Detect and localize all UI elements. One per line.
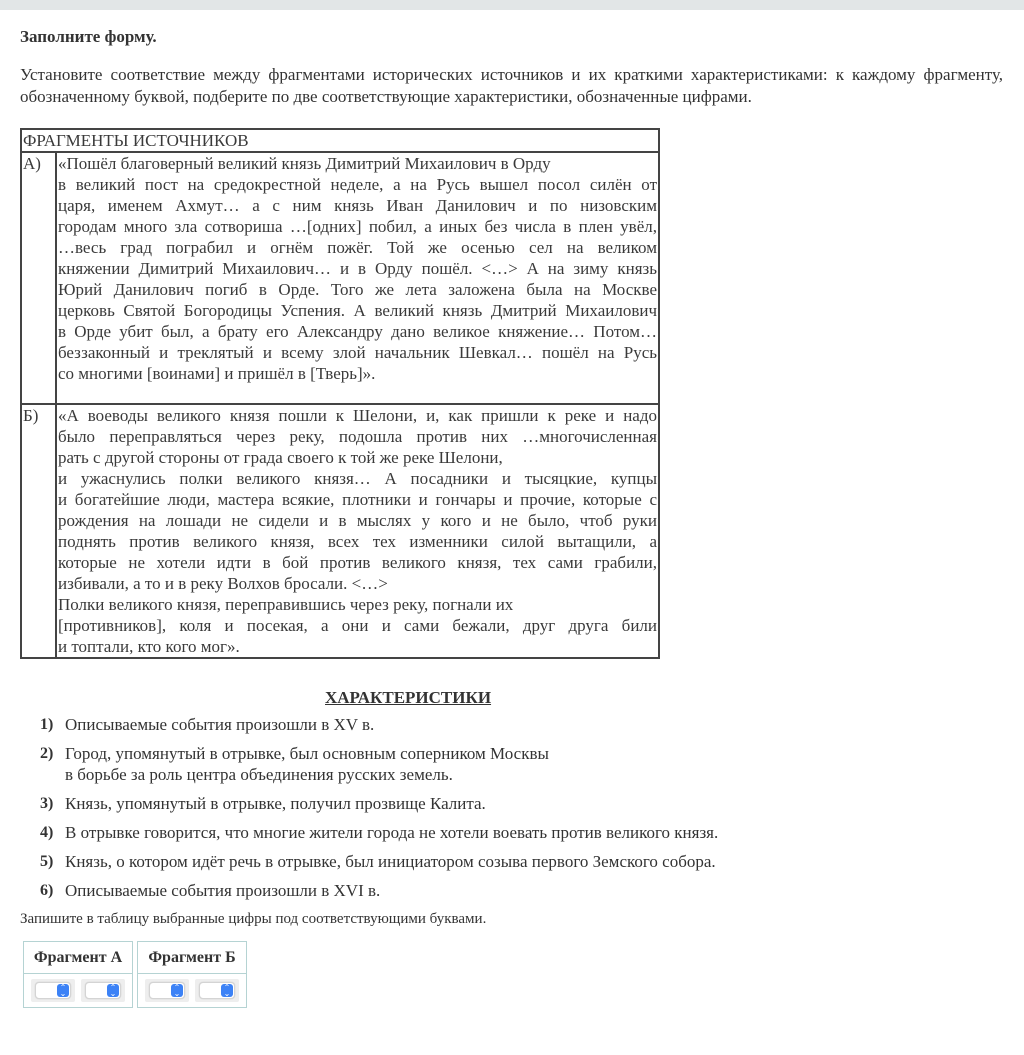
item-text: Описываемые события произошли в XVI в.: [65, 880, 380, 901]
fragment-line: городам много зла сотвориша …[одних] поб…: [58, 216, 657, 237]
fragment-line: «А воеводы великого князя пошли к Шелони…: [58, 405, 657, 426]
fragment-text-b: «А воеводы великого князя пошли к Шелони…: [56, 404, 659, 658]
item-text: Город, упомянутый в отрывке, был основны…: [65, 743, 549, 785]
item-text: Описываемые события произошли в XV в.: [65, 714, 374, 735]
item-text: Князь, о котором идёт речь в отрывке, бы…: [65, 851, 716, 872]
fragment-line: было переправляться через реку, подошла …: [58, 426, 657, 447]
top-bar: [0, 0, 1024, 10]
fragment-row-b: Б) «А воеводы великого князя пошли к Шел…: [21, 404, 659, 658]
characteristics-list: 1) Описываемые события произошли в XV в.…: [20, 714, 800, 909]
chevron-updown-icon: ⌃⌄: [221, 984, 233, 997]
item-number: 2): [40, 743, 65, 764]
answer-column-b: Фрагмент Б ⌃⌄ ⌃⌄: [137, 941, 247, 1008]
fragment-line: и топтали, кто кого мог».: [58, 636, 657, 657]
fragment-text-a: «Пошёл благоверный великий князь Димитри…: [56, 152, 659, 404]
fragment-line: которые не хотели идти в бой против вели…: [58, 552, 657, 573]
fragment-line: Полки великого князя, переправившись чер…: [58, 594, 657, 615]
list-item: 4) В отрывке говорится, что многие жител…: [20, 822, 800, 843]
list-item: 5) Князь, о котором идёт речь в отрывке,…: [20, 851, 800, 872]
fragment-row-a: А) «Пошёл благоверный великий князь Дими…: [21, 152, 659, 404]
fragment-line: …весь град пограбил и огнём пожёг. Той ж…: [58, 237, 657, 258]
fragment-line: «Пошёл благоверный великий князь Димитри…: [58, 153, 657, 174]
fragment-line: княжении Димитрий Михаилович… и в Орду п…: [58, 258, 657, 279]
characteristics-title: ХАРАКТЕРИСТИКИ: [325, 688, 491, 708]
fragment-line: рождения на лошади не сидели и в мыслях …: [58, 510, 657, 531]
sources-table: ФРАГМЕНТЫ ИСТОЧНИКОВ А) «Пошёл благоверн…: [20, 128, 660, 659]
answer-table: Фрагмент А ⌃⌄ ⌃⌄ Фрагмент Б ⌃⌄ ⌃⌄: [23, 941, 247, 1008]
column-header: Фрагмент А: [24, 942, 132, 974]
list-item: 6) Описываемые события произошли в XVI в…: [20, 880, 800, 901]
chevron-updown-icon: ⌃⌄: [57, 984, 69, 997]
fragment-letter: Б): [21, 404, 56, 658]
item-text: Князь, упомянутый в отрывке, получил про…: [65, 793, 486, 814]
fragment-line: со многими [воинами] и пришёл в [Тверь]»…: [58, 363, 657, 384]
fragment-line: избивали, а то и в реку Волхов бросали. …: [58, 573, 657, 594]
column-header: Фрагмент Б: [138, 942, 246, 974]
answer-a1-select[interactable]: ⌃⌄: [35, 982, 71, 999]
answer-instruction: Запишите в таблицу выбранные цифры под с…: [20, 911, 486, 928]
item-number: 3): [40, 793, 65, 814]
fragment-letter: А): [21, 152, 56, 404]
fragment-line: в великий пост на средокрестной неделе, …: [58, 174, 657, 195]
chevron-updown-icon: ⌃⌄: [107, 984, 119, 997]
fragment-line: рать с другой стороны от града своего к …: [58, 447, 657, 468]
item-text: В отрывке говорится, что многие жители г…: [65, 822, 718, 843]
list-item: 3) Князь, упомянутый в отрывке, получил …: [20, 793, 800, 814]
item-number: 5): [40, 851, 65, 872]
fragment-line: царя, именем Ахмут… а с ним князь Иван Д…: [58, 195, 657, 216]
item-number: 6): [40, 880, 65, 901]
list-item: 1) Описываемые события произошли в XV в.: [20, 714, 800, 735]
fragment-line: поднять против великого князя, всех тех …: [58, 531, 657, 552]
fragment-line: церковь Святой Богородицы Успения. А вел…: [58, 300, 657, 321]
answer-a2-select[interactable]: ⌃⌄: [85, 982, 121, 999]
item-number: 4): [40, 822, 65, 843]
fragment-line: и богатейшие люди, мастера всякие, плотн…: [58, 489, 657, 510]
fragment-line: и ужаснулись полки великого князя… А пос…: [58, 468, 657, 489]
answer-b2-select[interactable]: ⌃⌄: [199, 982, 235, 999]
answer-column-a: Фрагмент А ⌃⌄ ⌃⌄: [23, 941, 133, 1008]
answer-b1-select[interactable]: ⌃⌄: [149, 982, 185, 999]
fragment-line: беззаконный и треклятый и всему злой нач…: [58, 342, 657, 363]
sources-table-header: ФРАГМЕНТЫ ИСТОЧНИКОВ: [21, 129, 659, 152]
form-title: Заполните форму.: [20, 27, 157, 47]
fragment-line: Юрий Данилович погиб в Орде. Того же лет…: [58, 279, 657, 300]
list-item: 2) Город, упомянутый в отрывке, был осно…: [20, 743, 800, 785]
task-instruction: Установите соответствие между фрагментам…: [20, 64, 1003, 108]
fragment-line: в Орде убит был, а брату его Александру …: [58, 321, 657, 342]
chevron-updown-icon: ⌃⌄: [171, 984, 183, 997]
fragment-line: [противников], коля и посекая, а они и с…: [58, 615, 657, 636]
item-number: 1): [40, 714, 65, 735]
